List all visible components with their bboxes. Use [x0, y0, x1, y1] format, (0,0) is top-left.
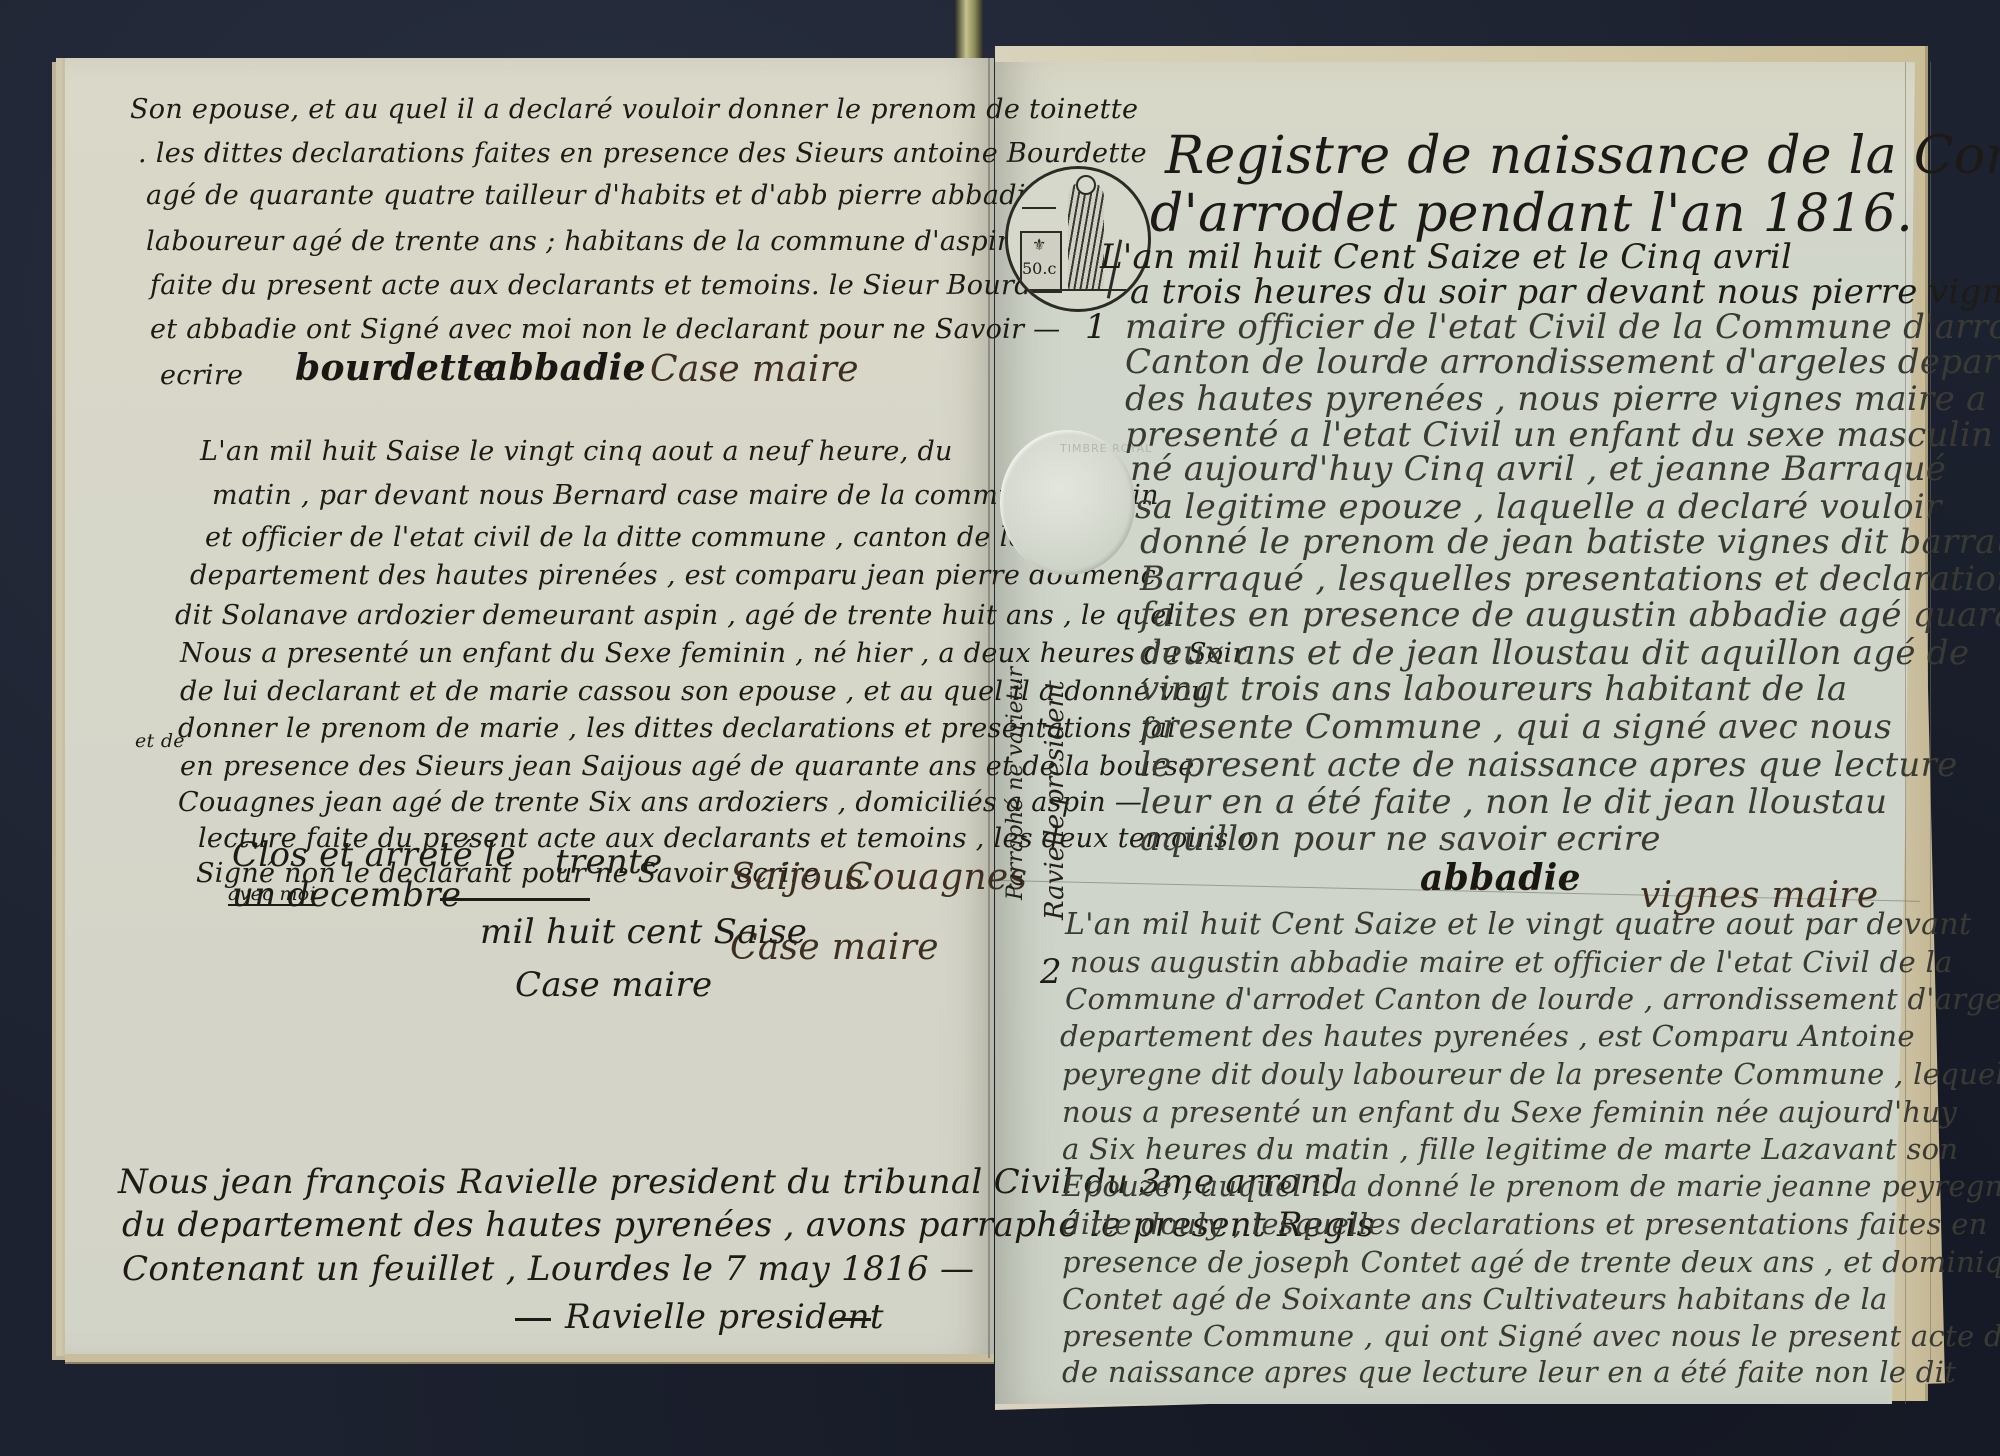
- signature-bourdette: bourdette: [295, 350, 496, 386]
- text-line: presente Commune , qui a signé avec nous: [1140, 710, 1892, 744]
- text-line: Epouze , auquel il a donné le prenom de …: [1062, 1172, 2000, 1201]
- signature-couagnes: Couagnes: [845, 860, 1027, 896]
- text-line: presence de joseph Contet agé de trente …: [1062, 1248, 2000, 1277]
- justice-figure-icon: [1068, 181, 1104, 291]
- margin-note: et de: [135, 732, 185, 751]
- text-line: departement des hautes pirenées , est co…: [190, 562, 1156, 589]
- paraph-line-1: Parraphé ne varietur: [1003, 667, 1028, 900]
- cert-signature: Ravielle president: [565, 1300, 884, 1334]
- cert-dash-left: [515, 1318, 551, 1321]
- closing-line-1: Clos et arreté le: [232, 838, 516, 872]
- fleur-de-lys-icon: ⚜: [1032, 235, 1046, 254]
- text-line: né aujourd'huy Cinq avril , et jeanne Ba…: [1130, 452, 1946, 486]
- closing-line-2: un decembre: [232, 878, 461, 912]
- entry-number: 2: [1040, 955, 1062, 989]
- text-line: L'an mil huit Saise le vingt cinq aout a…: [200, 438, 953, 465]
- text-line: L'an mil huit Cent Saize et le vingt qua…: [1065, 910, 1971, 940]
- text-line: Son epouse, et au quel il a declaré voul…: [130, 96, 1138, 123]
- text-line: a trois heures du soir par devant nous p…: [1130, 275, 2000, 309]
- text-line: presente Commune , qui ont Signé avec no…: [1062, 1322, 2000, 1351]
- text-line: sa legitime epouze , laquelle a declaré …: [1135, 490, 1942, 524]
- edge-rule: [1930, 62, 1931, 1362]
- text-line: . les dittes declarations faites en pres…: [138, 140, 1147, 167]
- text-line: laboureur agé de trente ans ; habitans d…: [146, 228, 1140, 255]
- text-line: Commune d'arrodet Canton de lourde , arr…: [1065, 985, 2000, 1014]
- text-line: faite du present acte aux declarants et …: [150, 272, 1087, 299]
- text-line: et officier de l'etat civil de la ditte …: [205, 524, 1090, 551]
- cert-dash-right: [835, 1318, 871, 1321]
- stamp-value: 50.c: [1022, 259, 1056, 278]
- text-line: Barraqué , lesquelles presentations et d…: [1140, 562, 2000, 596]
- text-line: Canton de lourde arrondissement d'argele…: [1125, 345, 2000, 379]
- entry-number: 1: [1085, 310, 1107, 344]
- text-line: Nous a presenté un enfant du Sexe femini…: [180, 640, 1246, 667]
- text-line: faites en presence de augustin abbadie a…: [1140, 598, 2000, 632]
- closing-line-3: mil huit cent Saise: [480, 915, 807, 949]
- signature-abbadie-right: abbadie: [1420, 860, 1581, 896]
- signature-case-maire: Case maire: [650, 352, 859, 388]
- binding-ribbon: [955, 0, 983, 62]
- closing-signature: Case maire: [515, 968, 712, 1002]
- text-line: dit Solanave ardozier demeurant aspin , …: [175, 602, 1175, 629]
- text-line: deux ans et de jean lloustau dit aquillo…: [1140, 636, 1969, 670]
- text-line: nous a presenté un enfant du Sexe femini…: [1062, 1098, 1957, 1127]
- text-line: agé de quarante quatre tailleur d'habits…: [146, 182, 1042, 209]
- text-line: le present acte de naissance apres que l…: [1140, 748, 1958, 782]
- text-line: Contet agé de Soixante ans Cultivateurs …: [1062, 1285, 1888, 1314]
- cert-line: Contenant un feuillet , Lourdes le 7 may…: [122, 1252, 974, 1286]
- text-line: donné le prenom de jean batiste vignes d…: [1140, 525, 2000, 559]
- text-line: departement des hautes pyrenées , est Co…: [1060, 1022, 1915, 1051]
- text-line: ecrire: [160, 362, 243, 389]
- text-line: nous augustin abbadie maire et officier …: [1070, 948, 1953, 977]
- text-line: peyregne dit douly laboureur de la prese…: [1062, 1060, 2000, 1089]
- paraph-line-2: Ravielle president: [1040, 680, 1070, 920]
- text-line: des hautes pyrenées , nous pierre vignes…: [1125, 382, 1987, 416]
- text-line: aquillon pour ne savoir ecrire: [1140, 822, 1661, 856]
- title-line-1: Registre de naissance de la Commune: [1165, 130, 2000, 182]
- closing-dash: [440, 898, 590, 901]
- text-line: leur en a été faite , non le dit jean ll…: [1140, 785, 1887, 819]
- closing-line-1b: trente: [555, 845, 663, 879]
- figure-head: [1076, 175, 1096, 195]
- text-line: L'an mil huit Cent Saize et le Cinq avri…: [1100, 240, 1792, 274]
- text-line: de naissance apres que lecture leur en a…: [1062, 1358, 1956, 1387]
- text-line: presenté a l'etat Civil un enfant du sex…: [1125, 418, 1993, 452]
- scales-icon: [1022, 207, 1056, 209]
- stamp-base-line: [1008, 289, 1148, 291]
- text-line: vingt trois ans laboureurs habitant de l…: [1140, 672, 1847, 706]
- text-line: Couagnes jean agé de trente Six ans ardo…: [178, 789, 1142, 816]
- text-line: et abbadie ont Signé avec moi non le dec…: [150, 316, 1060, 343]
- signature-abbadie: abbadie: [485, 350, 646, 386]
- text-line: ditte douly , lesquelles declarations et…: [1062, 1210, 1988, 1239]
- title-line-2: d'arrodet pendant l'an 1816.: [1150, 188, 1913, 240]
- text-line: maire officier de l'etat Civil de la Com…: [1125, 310, 2000, 344]
- text-line: a Six heures du matin , fille legitime d…: [1062, 1135, 1958, 1164]
